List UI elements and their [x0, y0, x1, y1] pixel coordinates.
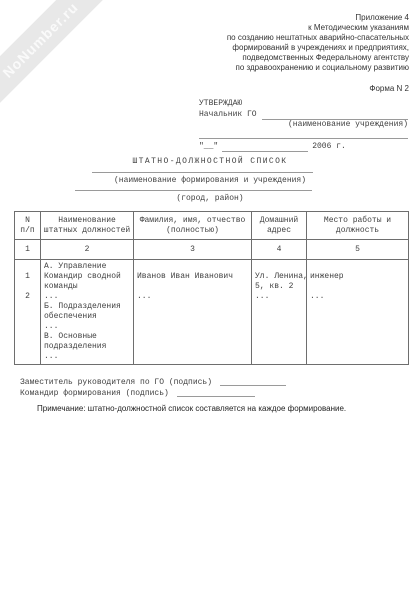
date-blank	[222, 143, 308, 152]
signature-block: Заместитель руководителя по ГО (подпись)…	[20, 377, 286, 399]
commander-signature-blank	[177, 388, 255, 397]
appendix-header: Приложение 4 к Методическим указаниям по…	[0, 13, 409, 73]
city-blank	[75, 190, 312, 191]
year-label: 2006 г.	[312, 141, 346, 152]
appendix-line: Приложение 4	[0, 13, 409, 23]
deputy-signature-blank	[220, 377, 286, 386]
appendix-line: подведомственных Федеральному агентству	[0, 53, 409, 63]
header-num: N п/п	[15, 212, 41, 240]
appendix-line: к Методическим указаниям	[0, 23, 409, 33]
commander-signature-label: Командир формирования (подпись)	[20, 389, 169, 399]
col-number: 5	[307, 240, 409, 260]
cell-position: А. Управление Командир сводной команды .…	[41, 260, 134, 365]
org-caption: (наименование учреждения)	[199, 120, 408, 130]
table-header-row: N п/п Наименование штатных должностей Фа…	[15, 212, 409, 240]
note-text: Примечание: штатно-должностной список со…	[37, 404, 346, 413]
formation-name-blank	[92, 172, 313, 173]
city-caption: (город, район)	[0, 194, 420, 203]
header-fullname: Фамилия, имя, отчество (полностью)	[134, 212, 252, 240]
col-number: 3	[134, 240, 252, 260]
header-address: Домашний адрес	[252, 212, 307, 240]
header-position: Наименование штатных должностей	[41, 212, 134, 240]
chief-label: Начальник ГО	[199, 109, 257, 120]
approve-label: УТВЕРЖДАЮ	[199, 98, 408, 109]
org-name-blank-line2	[199, 130, 408, 139]
document-title: ШТАТНО-ДОЛЖНОСТНОЙ СПИСОК	[0, 157, 420, 166]
cell-workplace: инженер ...	[307, 260, 409, 365]
cell-fullname: Иванов Иван Иванович ...	[134, 260, 252, 365]
deputy-signature-label: Заместитель руководителя по ГО (подпись)	[20, 378, 212, 388]
approval-block: УТВЕРЖДАЮ Начальник ГО (наименование учр…	[199, 98, 408, 152]
column-number-row: 1 2 3 4 5	[15, 240, 409, 260]
appendix-line: формирований в учреждениях и предприятия…	[0, 43, 409, 53]
header-workplace: Место работы и должность	[307, 212, 409, 240]
form-number-label: Форма N 2	[369, 84, 409, 93]
formation-caption: (наименование формирования и учреждения)	[0, 176, 420, 185]
org-name-blank	[262, 111, 408, 120]
table-body-row: 1 2 А. Управление Командир сводной коман…	[15, 260, 409, 365]
cell-num: 1 2	[15, 260, 41, 365]
appendix-line: по созданию нештатных аварийно-спасатель…	[0, 33, 409, 43]
appendix-line: по здравоохранению и социальному развити…	[0, 63, 409, 73]
date-quotes: "__"	[199, 141, 218, 152]
staff-table: N п/п Наименование штатных должностей Фа…	[14, 211, 409, 365]
col-number: 1	[15, 240, 41, 260]
cell-address: Ул. Ленина, 5, кв. 2 ...	[252, 260, 307, 365]
col-number: 2	[41, 240, 134, 260]
document-page: NoNumber.ru Приложение 4 к Методическим …	[0, 0, 420, 600]
col-number: 4	[252, 240, 307, 260]
